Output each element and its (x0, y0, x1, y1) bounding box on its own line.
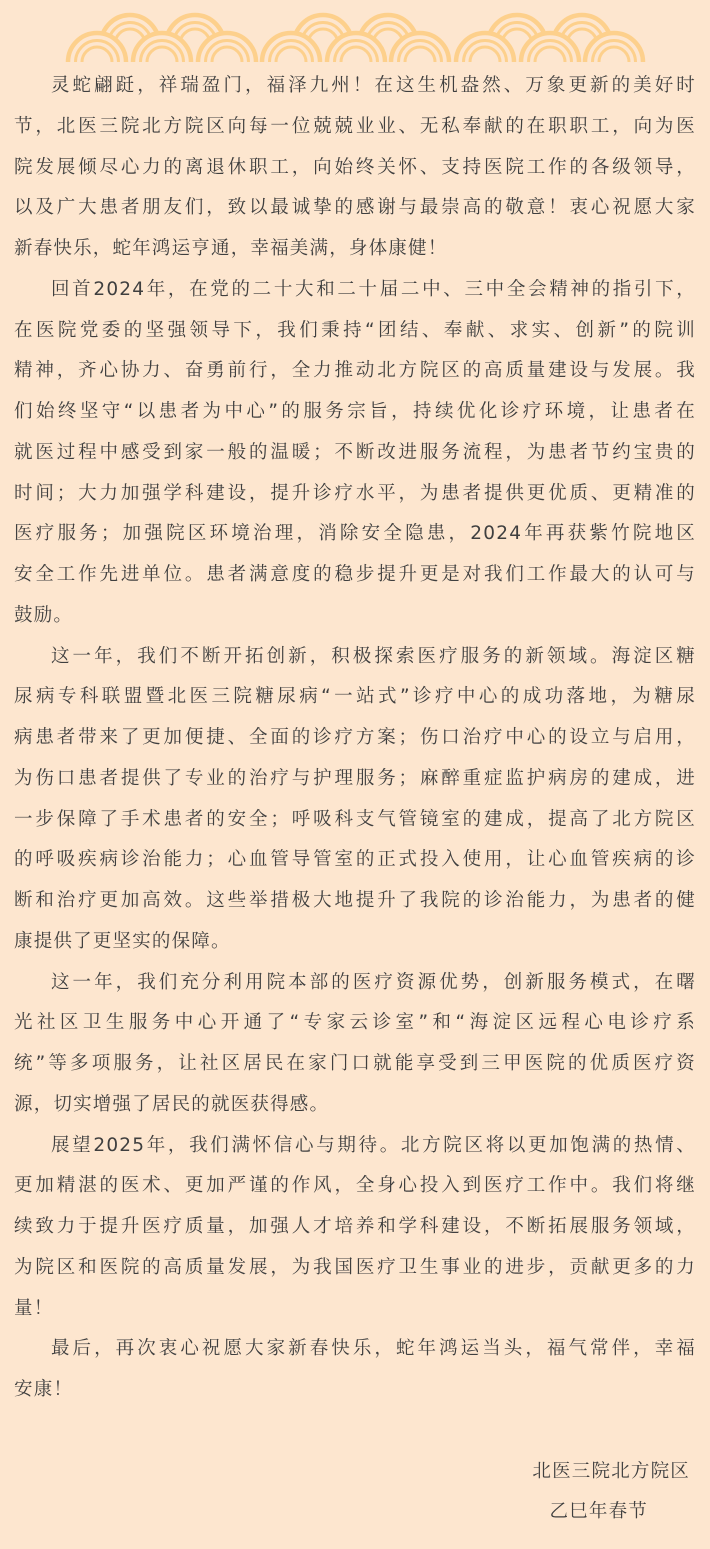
paragraph-line: 断和治疗更加高效。这些举措极大地提升了我院的诊治能力，为患者的健 (14, 881, 696, 922)
paragraph: 最后，再次衷心祝愿大家新春快乐，蛇年鸿运当头，福气常伴，幸福安康！ (14, 1329, 696, 1411)
signature-block: 北医三院北方院区 乙巳年春节 (0, 1452, 710, 1532)
paragraph-line: 一步保障了手术患者的安全；呼吸科支气管镜室的建成，提高了北方院区 (14, 800, 696, 841)
paragraph-line: 就医过程中感受到家一般的温暖；不断改进服务流程，为患者节约宝贵的 (14, 433, 696, 474)
cloud-wave-decoration-icon (0, 0, 710, 66)
greeting-article: 灵蛇翩跹，祥瑞盈门，福泽九州！在这生机盎然、万象更新的美好时节，北医三院北方院区… (14, 66, 696, 1411)
paragraph-line: 节，北医三院北方院区向每一位兢兢业业、无私奉献的在职职工，向为医 (14, 107, 696, 148)
paragraph: 展望2025年，我们满怀信心与期待。北方院区将以更加饱满的热情、更加精湛的医术、… (14, 1126, 696, 1330)
paragraph-line: 在医院党委的坚强领导下，我们秉持“团结、奉献、求实、创新”的院训 (14, 311, 696, 352)
paragraph-line: 精神，齐心协力、奋勇前行，全力推动北方院区的高质量建设与发展。我 (14, 351, 696, 392)
paragraph-line: 统”等多项服务，让社区居民在家门口就能享受到三甲医院的优质医疗资 (14, 1044, 696, 1085)
paragraph-line: 院发展倾尽心力的离退休职工，向始终关怀、支持医院工作的各级领导， (14, 148, 696, 189)
signature-organization: 北医三院北方院区 (0, 1452, 710, 1492)
paragraph-line: 续致力于提升医疗质量，加强人才培养和学科建设，不断拓展服务领域， (14, 1207, 696, 1248)
paragraph-line: 安全工作先进单位。患者满意度的稳步提升更是对我们工作最大的认可与 (14, 555, 696, 596)
paragraph-line: 时间；大力加强学科建设，提升诊疗水平，为患者提供更优质、更精准的 (14, 474, 696, 515)
paragraph-line: 康提供了更坚实的保障。 (14, 922, 696, 963)
paragraph-line: 源，切实增强了居民的就医获得感。 (14, 1085, 696, 1126)
paragraph-line: 尿病专科联盟暨北医三院糖尿病“一站式”诊疗中心的成功落地，为糖尿 (14, 677, 696, 718)
paragraph-line: 灵蛇翩跹，祥瑞盈门，福泽九州！在这生机盎然、万象更新的美好时 (14, 66, 696, 107)
paragraph-line: 以及广大患者朋友们，致以最诚挚的感谢与最崇高的敬意！衷心祝愿大家 (14, 188, 696, 229)
paragraph-line: 为伤口患者提供了专业的治疗与护理服务；麻醉重症监护病房的建成，进 (14, 759, 696, 800)
paragraph: 灵蛇翩跹，祥瑞盈门，福泽九州！在这生机盎然、万象更新的美好时节，北医三院北方院区… (14, 66, 696, 270)
paragraph: 回首2024年，在党的二十大和二十届二中、三中全会精神的指引下，在医院党委的坚强… (14, 270, 696, 637)
paragraph-line: 这一年，我们不断开拓创新，积极探索医疗服务的新领域。海淀区糖 (14, 637, 696, 678)
paragraph-line: 医疗服务；加强院区环境治理，消除安全隐患，2024年再获紫竹院地区 (14, 514, 696, 555)
paragraph-line: 的呼吸疾病诊治能力；心血管导管室的正式投入使用，让心血管疾病的诊 (14, 840, 696, 881)
paragraph-line: 这一年，我们充分利用院本部的医疗资源优势，创新服务模式，在曙 (14, 963, 696, 1004)
paragraph: 这一年，我们不断开拓创新，积极探索医疗服务的新领域。海淀区糖尿病专科联盟暨北医三… (14, 637, 696, 963)
paragraph-line: 们始终坚守“以患者为中心”的服务宗旨，持续优化诊疗环境，让患者在 (14, 392, 696, 433)
paragraph-line: 为院区和医院的高质量发展，为我国医疗卫生事业的进步，贡献更多的力 (14, 1248, 696, 1289)
paragraph-line: 回首2024年，在党的二十大和二十届二中、三中全会精神的指引下， (14, 270, 696, 311)
paragraph-line: 鼓励。 (14, 596, 696, 637)
paragraph-line: 更加精湛的医术、更加严谨的作风，全身心投入到医疗工作中。我们将继 (14, 1166, 696, 1207)
paragraph-line: 展望2025年，我们满怀信心与期待。北方院区将以更加饱满的热情、 (14, 1126, 696, 1167)
paragraph-line: 光社区卫生服务中心开通了“专家云诊室”和“海淀区远程心电诊疗系 (14, 1003, 696, 1044)
signature-date: 乙巳年春节 (0, 1492, 710, 1532)
paragraph-line: 新春快乐，蛇年鸿运亨通，幸福美满，身体康健！ (14, 229, 696, 270)
paragraph-line: 最后，再次衷心祝愿大家新春快乐，蛇年鸿运当头，福气常伴，幸福 (14, 1329, 696, 1370)
paragraph: 这一年，我们充分利用院本部的医疗资源优势，创新服务模式，在曙光社区卫生服务中心开… (14, 963, 696, 1126)
paragraph-line: 安康！ (14, 1370, 696, 1411)
paragraph-line: 量！ (14, 1289, 696, 1330)
paragraph-line: 病患者带来了更加便捷、全面的诊疗方案；伤口治疗中心的设立与启用， (14, 718, 696, 759)
